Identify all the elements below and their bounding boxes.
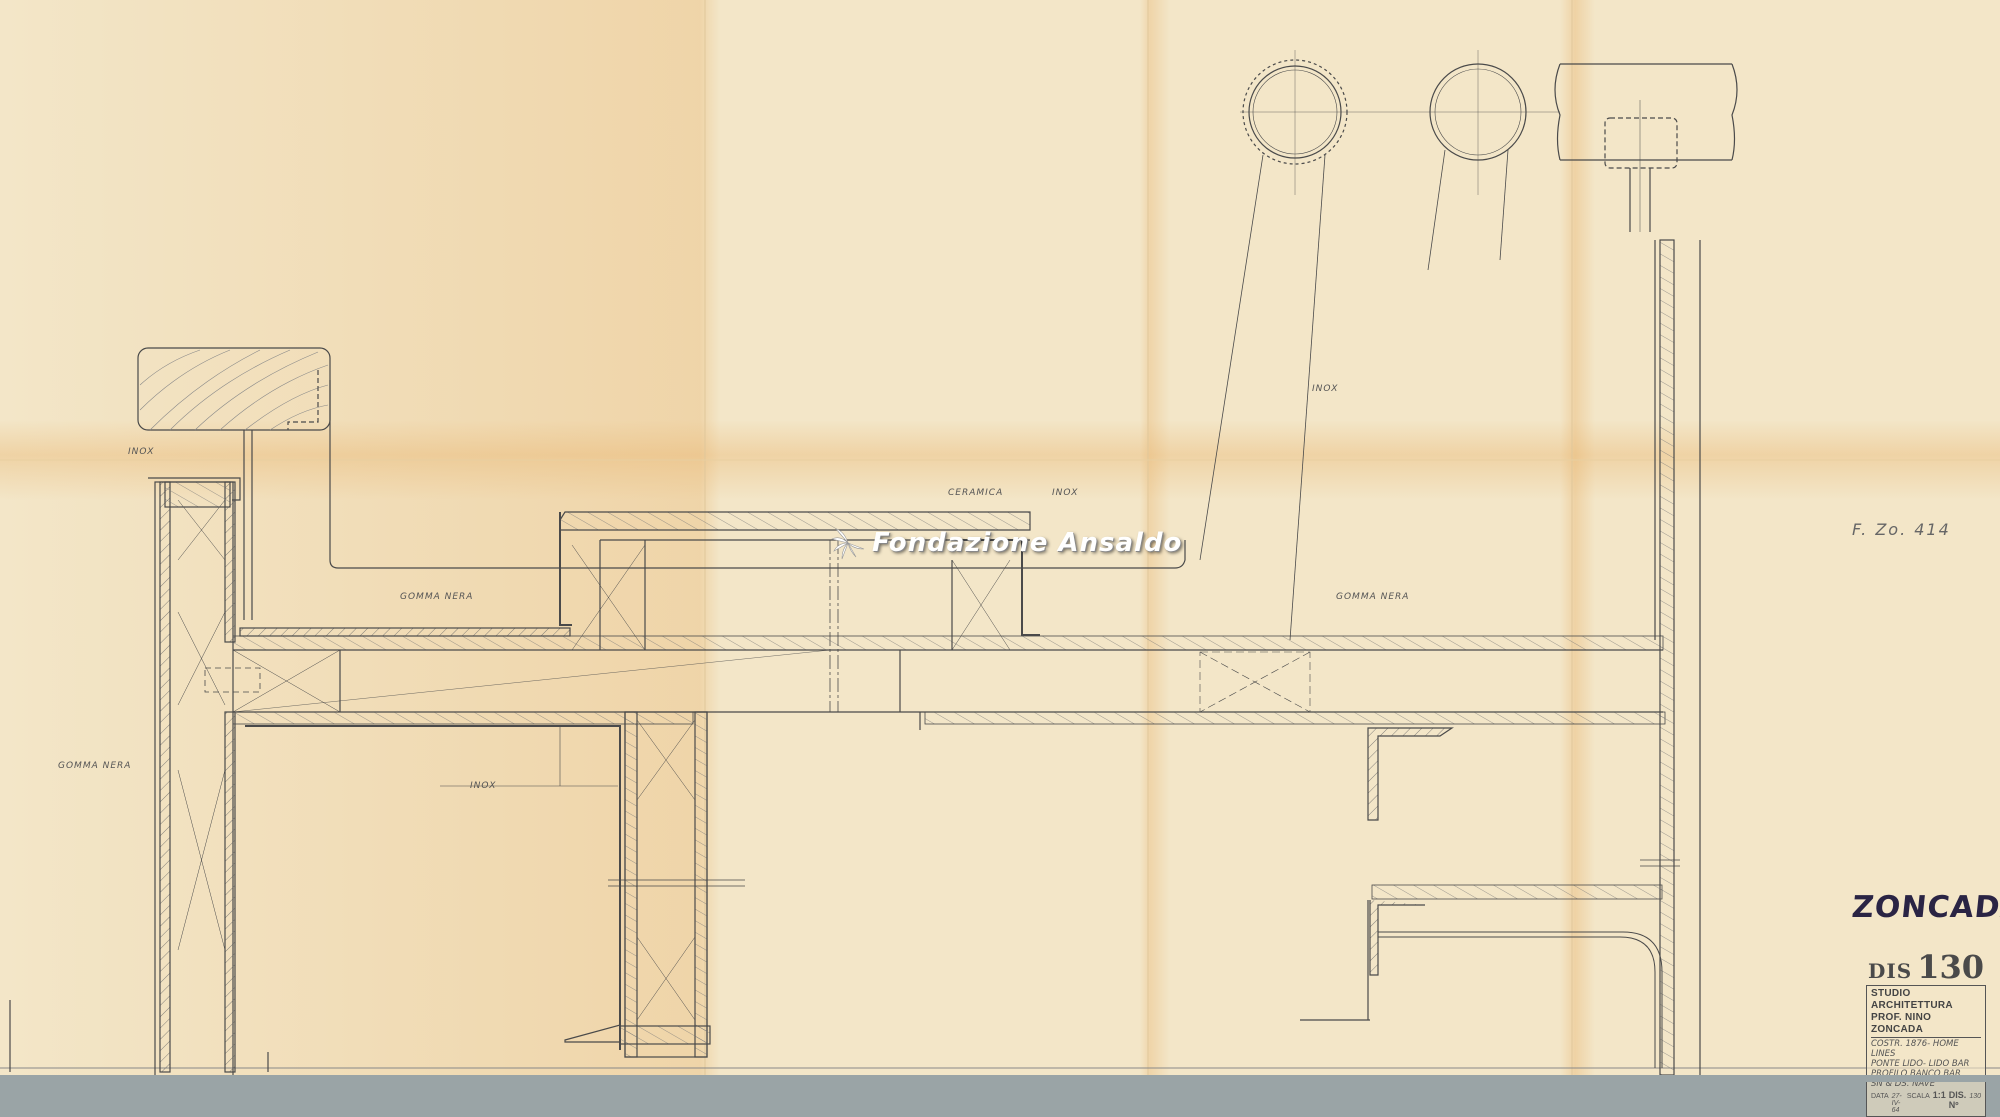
label-gomma-nera-right: GOMMA NERA <box>1336 592 1409 602</box>
label-gomma-nera-top-left: GOMMA NERA <box>400 592 473 602</box>
watermark-text: Fondazione Ansaldo <box>872 528 1182 558</box>
bottom-bar <box>0 1075 2000 1082</box>
dis-prefix: DIS <box>1868 959 1912 983</box>
studio-line1: STUDIO ARCHITETTURA <box>1871 988 1981 1012</box>
drawing-sheet: INOX GOMMA NERA GOMMA NERA INOX CERAMICA… <box>0 0 2000 1075</box>
label-inox-center: INOX <box>470 781 496 791</box>
signature: ZONCADA <box>1850 890 2000 925</box>
label-ceramica: CERAMICA <box>948 488 1003 498</box>
label-gomma-nera-left: GOMMA NERA <box>58 761 131 771</box>
desc-line1: COSTR. 1876- HOME LINES <box>1871 1039 1981 1059</box>
dis-number: 130 <box>1917 948 1984 986</box>
archive-reference: F. Zo. 414 <box>1852 520 1951 539</box>
label-inox-diagonal: INOX <box>1312 384 1338 394</box>
desc-line2: PONTE LIDO- LIDO BAR <box>1871 1059 1981 1069</box>
label-inox-top-left: INOX <box>128 447 154 457</box>
watermark: Fondazione Ansaldo <box>830 525 1182 561</box>
label-inox-top-center: INOX <box>1052 488 1078 498</box>
studio-line2: PROF. NINO ZONCADA <box>1871 1012 1981 1036</box>
drawing-number: DIS 130 <box>1868 948 1984 986</box>
title-block: STUDIO ARCHITETTURA PROF. NINO ZONCADA C… <box>1866 985 1986 1082</box>
fan-logo-icon <box>830 525 866 561</box>
